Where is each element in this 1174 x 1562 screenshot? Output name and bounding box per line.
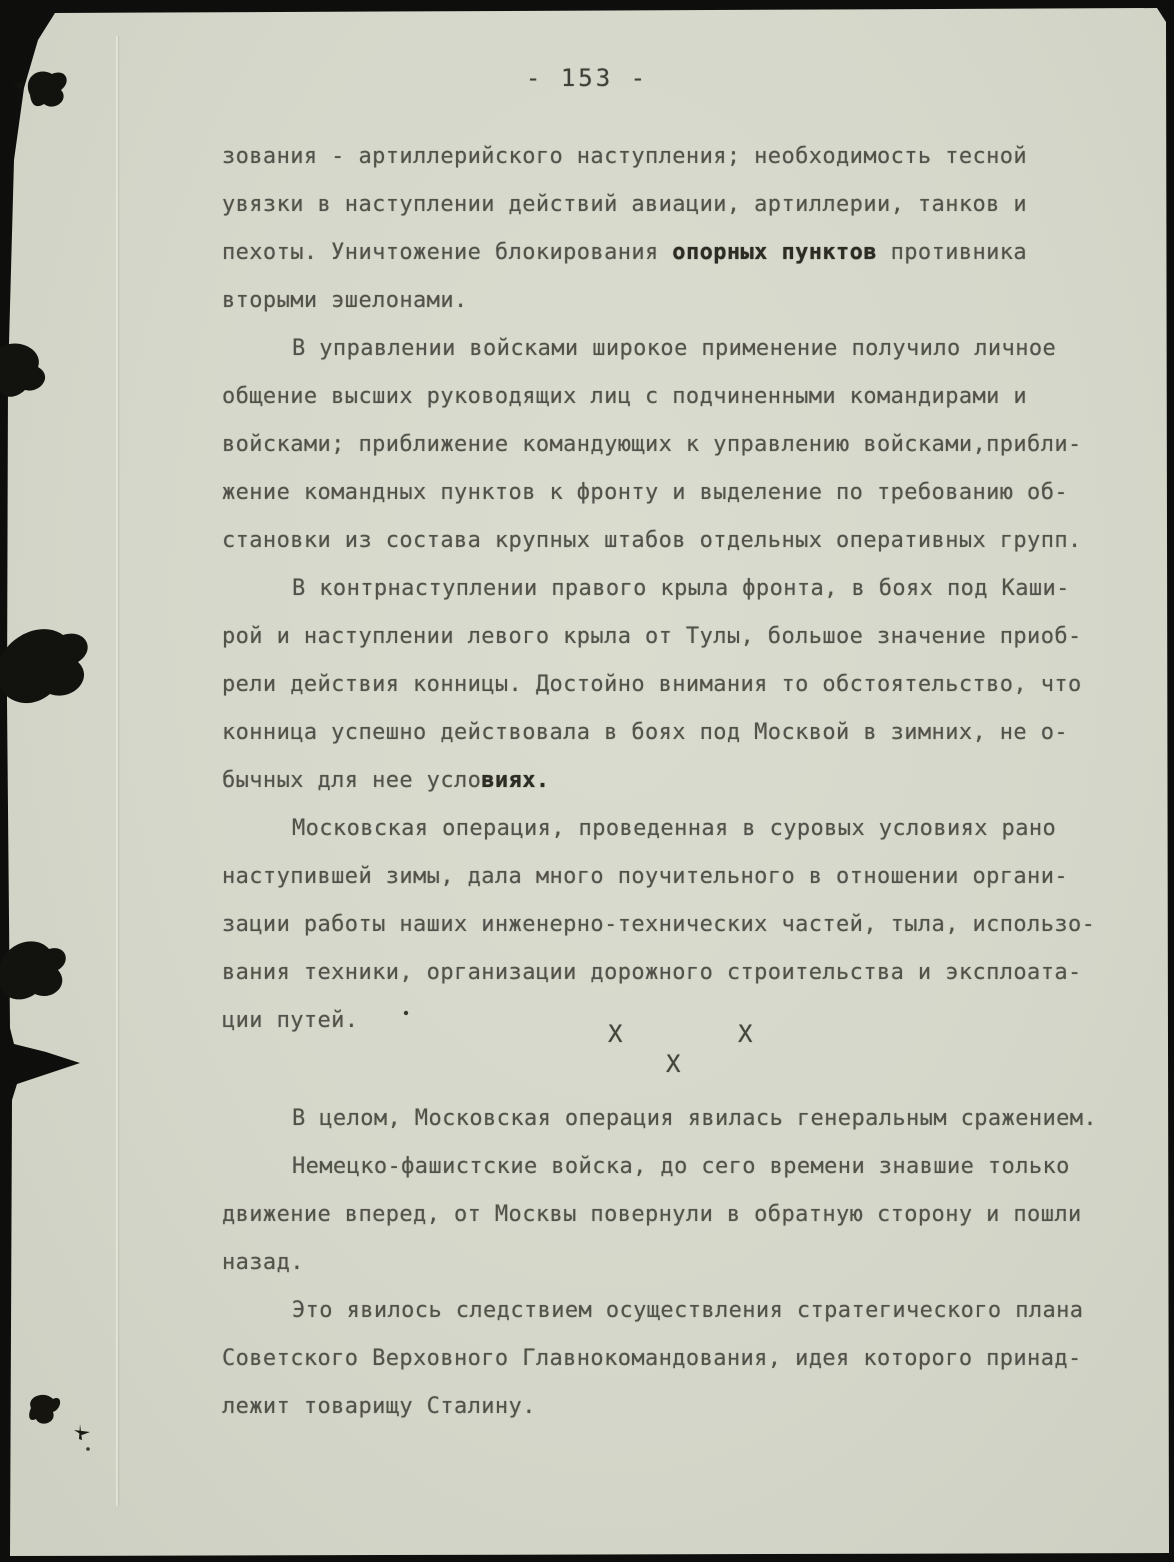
line-text: жение командных пунктов к фронту и выдел… — [222, 480, 1068, 505]
text-line: рой и наступлении левого крыла от Тулы, … — [222, 613, 1158, 661]
line-text: зации работы наших инженерно-технических… — [222, 912, 1095, 937]
text-line: зации работы наших инженерно-технических… — [222, 901, 1158, 949]
text-line: В управлении войсками широкое применение… — [222, 325, 1158, 373]
text-line: вторыми эшелонами. — [222, 277, 1158, 325]
text-line: становки из состава крупных штабов отдел… — [222, 517, 1158, 565]
line-text: зования - артиллерийского наступления; н… — [222, 144, 1027, 169]
text-line: конница успешно действовала в боях под М… — [222, 709, 1158, 757]
line-text: В целом, Московская операция явилась ген… — [292, 1106, 1097, 1131]
line-text: В контрнаступлении правого крыла фронта,… — [292, 576, 1070, 601]
line-text: противника — [877, 240, 1027, 265]
separator-x-mark: X — [738, 1020, 752, 1048]
line-text: вания техники, организации дорожного стр… — [222, 960, 1082, 985]
line-text: конница успешно действовала в боях под М… — [222, 720, 1068, 745]
text-line: жение командных пунктов к фронту и выдел… — [222, 469, 1158, 517]
line-text: рой и наступлении левого крыла от Тулы, … — [222, 624, 1082, 649]
text-line: Советского Верховного Главнокомандования… — [222, 1335, 1158, 1383]
text-line: Московская операция, проведенная в суров… — [222, 805, 1158, 853]
paper-crease-line — [116, 36, 118, 1506]
document-body: зования - артиллерийского наступления; н… — [222, 133, 1158, 1431]
line-text: движение вперед, от Москвы повернули в о… — [222, 1202, 1082, 1227]
page-number: - 153 - — [0, 64, 1174, 92]
text-line: войсками; приближение командующих к упра… — [222, 421, 1158, 469]
line-text: рели действия конницы. Достойно внимания… — [222, 672, 1082, 697]
line-text: общение высших руководящих лиц с подчине… — [222, 384, 1027, 409]
text-line: общение высших руководящих лиц с подчине… — [222, 373, 1158, 421]
line-text: бычных для нее усло — [222, 768, 481, 793]
text-line: Это явилось следствием осуществления стр… — [222, 1287, 1158, 1335]
line-text: увязки в наступлении действий авиации, а… — [222, 192, 1027, 217]
text-line: лежит товарищу Сталину. — [222, 1383, 1158, 1431]
separator-x-mark: X — [608, 1020, 622, 1048]
section-separator-gap — [222, 1045, 1158, 1095]
line-text: Московская операция, проведенная в суров… — [292, 816, 1056, 841]
text-line: ции путей. — [222, 997, 1158, 1045]
line-text: ции путей. — [222, 1008, 358, 1033]
text-line: движение вперед, от Москвы повернули в о… — [222, 1191, 1158, 1239]
line-text: В управлении войсками широкое применение… — [292, 336, 1056, 361]
line-text: назад. — [222, 1250, 304, 1275]
line-text: вторыми эшелонами. — [222, 288, 468, 313]
line-text: пехоты. Уничтожение блокирования — [222, 240, 672, 265]
text-line: увязки в наступлении действий авиации, а… — [222, 181, 1158, 229]
text-line: назад. — [222, 1239, 1158, 1287]
line-text: Немецко-фашистские войска, до сего време… — [292, 1154, 1070, 1179]
line-text: наступившей зимы, дала много поучительно… — [222, 864, 1068, 889]
text-line: В контрнаступлении правого крыла фронта,… — [222, 565, 1158, 613]
text-line: пехоты. Уничтожение блокирования опорных… — [222, 229, 1158, 277]
text-line: В целом, Московская операция явилась ген… — [222, 1095, 1158, 1143]
text-line: вания техники, организации дорожного стр… — [222, 949, 1158, 997]
text-line: наступившей зимы, дала много поучительно… — [222, 853, 1158, 901]
text-line: рели действия конницы. Достойно внимания… — [222, 661, 1158, 709]
line-text-emphasis: виях. — [481, 768, 549, 793]
line-text: Советского Верховного Главнокомандования… — [222, 1346, 1082, 1371]
scanned-document-page: - 153 - зования - артиллерийского наступ… — [0, 0, 1174, 1562]
text-line: бычных для нее условиях. — [222, 757, 1158, 805]
text-line: зования - артиллерийского наступления; н… — [222, 133, 1158, 181]
line-text: Это явилось следствием осуществления стр… — [292, 1298, 1083, 1323]
line-text: войсками; приближение командующих к упра… — [222, 432, 1082, 457]
line-text: становки из состава крупных штабов отдел… — [222, 528, 1082, 553]
separator-x-mark: X — [666, 1050, 680, 1078]
line-text-emphasis: опорных пунктов — [672, 240, 877, 265]
line-text: лежит товарищу Сталину. — [222, 1394, 536, 1419]
text-line: Немецко-фашистские войска, до сего време… — [222, 1143, 1158, 1191]
